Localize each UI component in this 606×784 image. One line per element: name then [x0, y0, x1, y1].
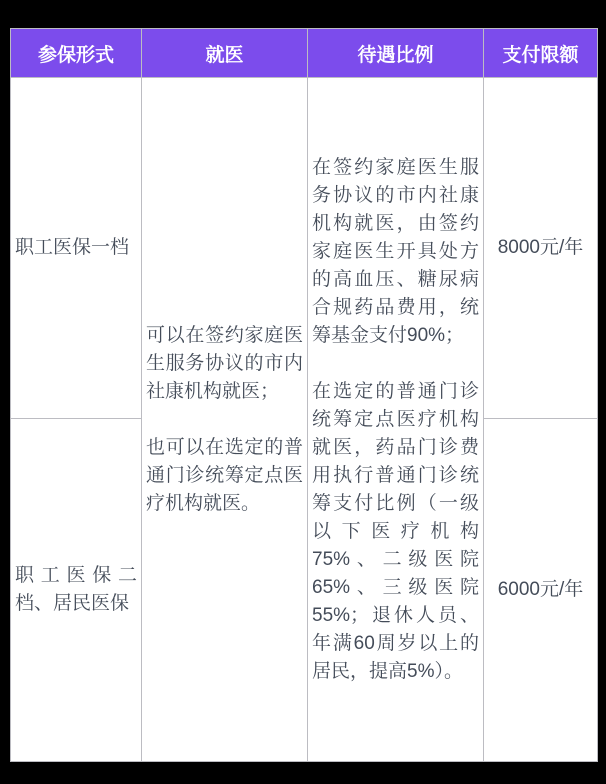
- insurance-benefits-table: 参保形式 就医 待遇比例 支付限额 职工医保一档 可以在签约家庭医生服务协议的市…: [10, 28, 598, 762]
- cell-insurance-type-tier2: 职工医保二档、居民医保: [11, 419, 142, 762]
- table-row-employee-tier1: 职工医保一档 可以在签约家庭医生服务协议的市内社康机构就医； 也可以在选定的普通…: [11, 78, 598, 419]
- header-medical-access: 就医: [142, 29, 308, 78]
- benefit-ratio-paragraph-2: 在选定的普通门诊统筹定点医疗机构就医，药品门诊费用执行普通门诊统筹支付比例（一级…: [312, 378, 479, 686]
- cell-payment-limit-tier2: 6000元/年: [484, 419, 598, 762]
- header-benefit-ratio: 待遇比例: [308, 29, 484, 78]
- header-payment-limit: 支付限额: [484, 29, 598, 78]
- medical-access-paragraph-2: 也可以在选定的普通门诊统筹定点医疗机构就医。: [146, 434, 303, 518]
- header-insurance-type: 参保形式: [11, 29, 142, 78]
- cell-medical-access: 可以在签约家庭医生服务协议的市内社康机构就医； 也可以在选定的普通门诊统筹定点医…: [142, 78, 308, 762]
- cell-insurance-type-tier1: 职工医保一档: [11, 78, 142, 419]
- header-row: 参保形式 就医 待遇比例 支付限额: [11, 29, 598, 78]
- cell-benefit-ratio: 在签约家庭医生服务协议的市内社康机构就医，由签约家庭医生开具处方的高血压、糖尿病…: [308, 78, 484, 762]
- medical-access-paragraph-1: 可以在签约家庭医生服务协议的市内社康机构就医；: [146, 322, 303, 406]
- cell-payment-limit-tier1: 8000元/年: [484, 78, 598, 419]
- benefit-ratio-paragraph-1: 在签约家庭医生服务协议的市内社康机构就医，由签约家庭医生开具处方的高血压、糖尿病…: [312, 154, 479, 350]
